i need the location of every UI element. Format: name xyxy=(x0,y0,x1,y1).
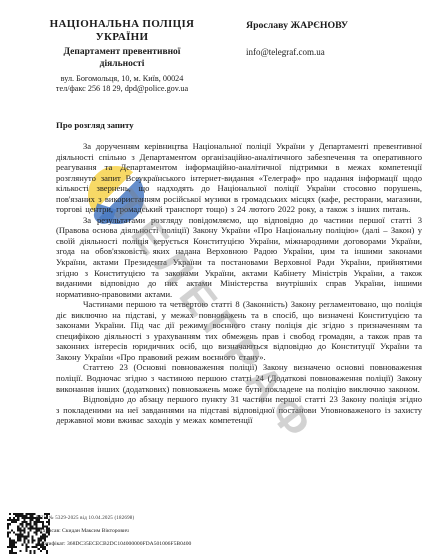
body-paragraph: Відповідно до абзацу першого пункту 31 ч… xyxy=(56,394,422,426)
subject-line: Про розгляд запиту xyxy=(56,120,428,130)
org-address: вул. Богомольця, 10, м. Київ, 00024 тел/… xyxy=(14,74,230,94)
org-name: НАЦІОНАЛЬНА ПОЛІЦІЯ УКРАЇНИ xyxy=(14,18,230,44)
recipient-email: info@telegraf.com.ua xyxy=(246,47,348,57)
signer-name: Підписав: Скидан Максим Вікторович xyxy=(37,528,129,534)
body-paragraph: За дорученням керівництва Національної п… xyxy=(56,141,422,215)
org-address-line2: тел/факс 256 18 29, dpd@police.gov.ua xyxy=(14,84,230,94)
certificate-number: Сертифікат: 368DC35ECECB2DC104000000FDA5… xyxy=(37,541,191,547)
sender-block: НАЦІОНАЛЬНА ПОЛІЦІЯ УКРАЇНИ Департамент … xyxy=(0,18,230,94)
recipient-block: Ярославу ЖАРЄНОВУ info@telegraf.com.ua xyxy=(246,18,348,94)
letter-header: НАЦІОНАЛЬНА ПОЛІЦІЯ УКРАЇНИ Департамент … xyxy=(0,0,428,94)
letter-page: ТЕЛЕГРАФ НАЦІОНАЛЬНА ПОЛІЦІЯ УКРАЇНИ Деп… xyxy=(0,0,428,554)
body-paragraph: Статтею 23 (Основні повноваження поліції… xyxy=(56,362,422,394)
doc-reference: НПУ № 5329-2025 від 10.04.2025 (182698) xyxy=(36,516,134,521)
body-paragraph: Частинами першою та четвертою статті 8 (… xyxy=(56,299,422,362)
org-address-line1: вул. Богомольця, 10, м. Київ, 00024 xyxy=(14,74,230,84)
body-paragraph: За результатами розгляду повідомляємо, щ… xyxy=(56,215,422,299)
org-department-line1: Департамент превентивної xyxy=(14,47,230,59)
org-department-line2: діяльності xyxy=(14,59,230,71)
letter-body: За дорученням керівництва Національної п… xyxy=(56,141,422,426)
org-name-line2: УКРАЇНИ xyxy=(14,31,230,44)
org-department: Департамент превентивної діяльності xyxy=(14,47,230,70)
org-name-line1: НАЦІОНАЛЬНА ПОЛІЦІЯ xyxy=(14,18,230,31)
recipient-name: Ярославу ЖАРЄНОВУ xyxy=(246,20,348,31)
